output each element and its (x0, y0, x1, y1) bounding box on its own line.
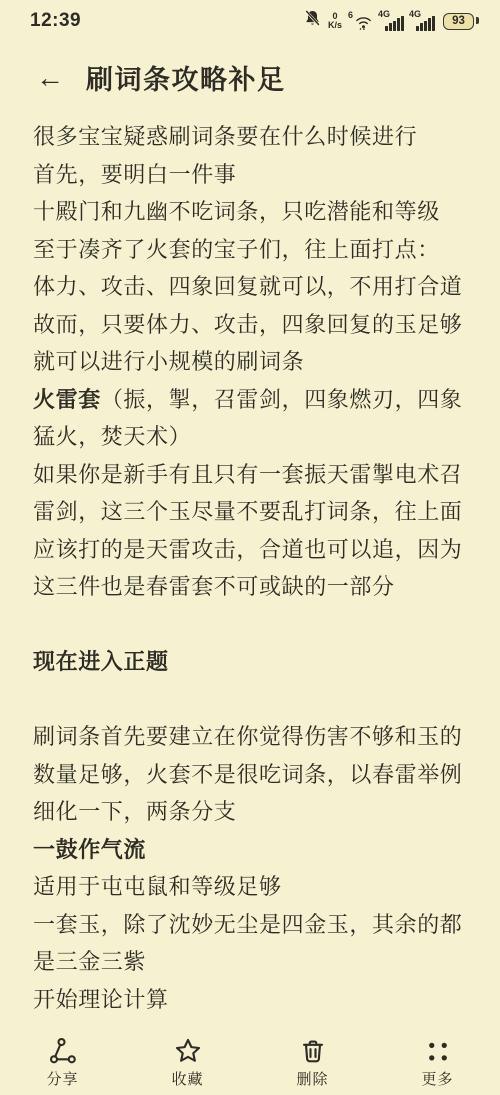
bell-muted-icon (303, 9, 322, 33)
share-button[interactable]: 分享 (0, 1031, 125, 1095)
delete-label: 删除 (296, 1068, 328, 1089)
network-speed-unit: K/s (328, 21, 342, 30)
network-speed: 0 K/s (328, 12, 342, 30)
text-line: 雷剑，这三个玉尽量不要乱打词条，往上面 (33, 493, 470, 531)
favorite-button[interactable]: 收藏 (125, 1031, 250, 1095)
more-label: 更多 (421, 1068, 453, 1089)
text-line: 适用于屯屯鼠和等级足够 (33, 868, 470, 906)
text-line: 一套玉，除了沈妙无尘是四金玉，其余的都 (33, 906, 470, 944)
text-line: 就可以进行小规模的刷词条 (33, 343, 470, 381)
text-line: 如果你是新手有且只有一套振天雷掣电术召 (33, 456, 470, 494)
favorite-label: 收藏 (171, 1068, 203, 1089)
text-line: 这三件也是春雷套不可或缺的一部分 (33, 568, 470, 606)
star-icon (173, 1036, 203, 1066)
text-line: 刷词条首先要建立在你觉得伤害不够和玉的 (33, 718, 470, 756)
text-line (33, 606, 470, 644)
wifi-generation-label: 6 (348, 11, 353, 20)
text-line: 很多宝宝疑惑刷词条要在什么时候进行 (33, 118, 470, 156)
signal-bars-icon-sim2: 4G (410, 11, 435, 32)
text-line: 数量足够，火套不是很吃词条，以春雷举例 (33, 756, 470, 794)
more-dots-icon (423, 1036, 453, 1066)
text-line: 是三金三紫 (33, 943, 470, 981)
status-bar: 12:39 0 K/s 6 (0, 0, 500, 32)
page-title: 刷词条攻略补足 (86, 58, 286, 97)
share-icon (48, 1036, 78, 1066)
bottom-toolbar: 分享 收藏 删除 (0, 1031, 500, 1095)
title-bar: ← 刷词条攻略补足 (0, 32, 500, 97)
trash-icon (298, 1036, 328, 1066)
back-arrow-icon[interactable]: ← (36, 64, 64, 92)
signal-bars-icon-sim1: 4G (379, 11, 404, 32)
text-line: 至于凑齐了火套的宝子们，往上面打点： (33, 231, 470, 269)
text-line: 猛火，焚天术） (33, 418, 470, 456)
status-time: 12:39 (30, 10, 81, 32)
battery-percent: 93 (452, 15, 465, 27)
text-line: 应该打的是天雷攻击，合道也可以追，因为 (33, 531, 470, 569)
text-line: 一鼓作气流 (33, 831, 470, 869)
note-body: 很多宝宝疑惑刷词条要在什么时候进行首先，要明白一件事十殿门和九幽不吃词条，只吃潜… (0, 97, 500, 1018)
battery-icon: 93 (443, 13, 474, 30)
text-line: 体力、攻击、四象回复就可以，不用打合道 (33, 268, 470, 306)
share-label: 分享 (46, 1068, 78, 1089)
text-line: 现在进入正题 (33, 643, 470, 681)
text-line: 开始理论计算 (33, 981, 470, 1019)
delete-button[interactable]: 删除 (250, 1031, 375, 1095)
text-line (33, 681, 470, 719)
status-icons: 0 K/s 6 4G 4G (303, 9, 474, 33)
screen: 12:39 0 K/s 6 (0, 0, 500, 1095)
more-button[interactable]: 更多 (375, 1031, 500, 1095)
text-line: 火雷套（振，掣，召雷剑，四象燃刃，四象 (33, 381, 470, 419)
text-line: 细化一下，两条分支 (33, 793, 470, 831)
text-line: 首先，要明白一件事 (33, 156, 470, 194)
text-line: 故而，只要体力、攻击，四象回复的玉足够 (33, 306, 470, 344)
text-line: 十殿门和九幽不吃词条，只吃潜能和等级 (33, 193, 470, 231)
wifi-icon: 6 (348, 12, 373, 31)
